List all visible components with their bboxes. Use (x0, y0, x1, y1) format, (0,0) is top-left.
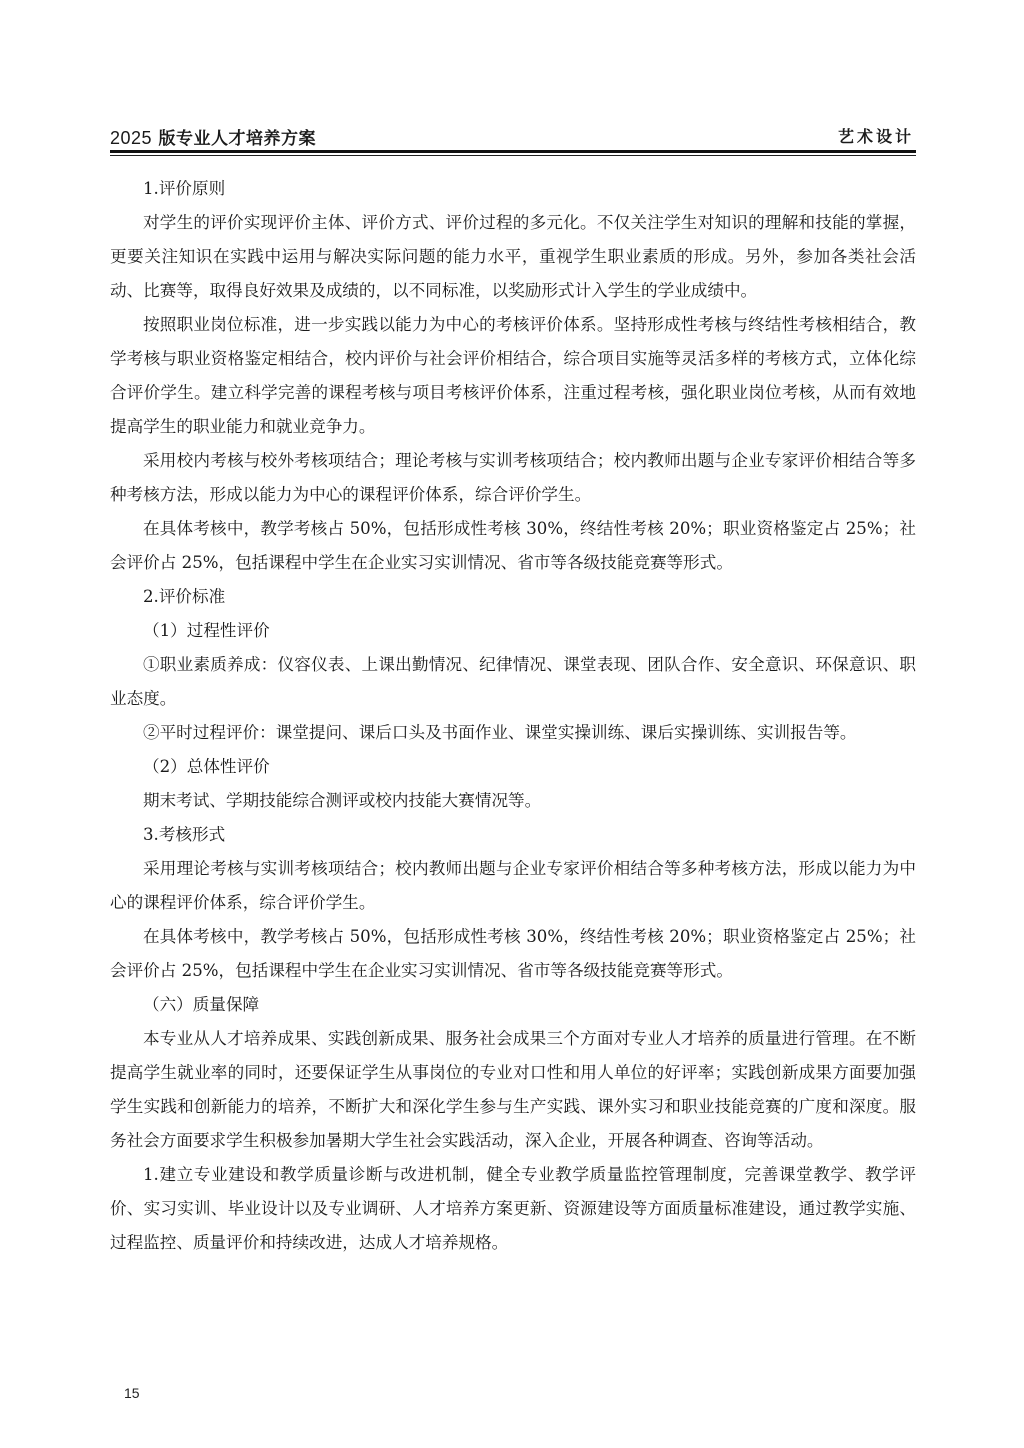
heading-eval-standard: 2.评价标准 (110, 580, 916, 614)
heading-quality: （六）质量保障 (110, 988, 916, 1022)
document-title: 2025 版专业人才培养方案 (110, 124, 316, 149)
document-year: 2025 (110, 128, 152, 148)
page-number: 15 (124, 1385, 140, 1401)
paragraph: 期末考试、学期技能综合测评或校内技能大赛情况等。 (110, 784, 916, 818)
paragraph: 在具体考核中，教学考核占 50%，包括形成性考核 30%，终结性考核 20%；职… (110, 920, 916, 988)
paragraph: ①职业素质养成：仪容仪表、上课出勤情况、纪律情况、课堂表现、团队合作、安全意识、… (110, 648, 916, 716)
paragraph: 本专业从人才培养成果、实践创新成果、服务社会成果三个方面对专业人才培养的质量进行… (110, 1022, 916, 1158)
paragraph: 采用校内考核与校外考核项结合；理论考核与实训考核项结合；校内教师出题与企业专家评… (110, 444, 916, 512)
page-header: 2025 版专业人才培养方案 艺术设计 (110, 124, 916, 148)
header-rule-thin (110, 155, 916, 156)
heading-exam-form: 3.考核形式 (110, 818, 916, 852)
heading-eval-principle: 1.评价原则 (110, 172, 916, 206)
paragraph: 采用理论考核与实训考核项结合；校内教师出题与企业专家评价相结合等多种考核方法，形… (110, 852, 916, 920)
paragraph: 按照职业岗位标准，进一步实践以能力为中心的考核评价体系。坚持形成性考核与终结性考… (110, 308, 916, 444)
document-body: 1.评价原则 对学生的评价实现评价主体、评价方式、评价过程的多元化。不仅关注学生… (110, 172, 916, 1260)
heading-process-eval: （1）过程性评价 (110, 614, 916, 648)
paragraph: 1.建立专业建设和教学质量诊断与改进机制，健全专业教学质量监控管理制度，完善课堂… (110, 1158, 916, 1260)
heading-summary-eval: （2）总体性评价 (110, 750, 916, 784)
paragraph: 在具体考核中，教学考核占 50%，包括形成性考核 30%，终结性考核 20%；职… (110, 512, 916, 580)
section-name: 艺术设计 (838, 124, 914, 147)
header-rule-thick (110, 150, 916, 153)
paragraph: ②平时过程评价：课堂提问、课后口头及书面作业、课堂实操训练、课后实操训练、实训报… (110, 716, 916, 750)
document-title-text: 版专业人才培养方案 (152, 129, 316, 149)
paragraph: 对学生的评价实现评价主体、评价方式、评价过程的多元化。不仅关注学生对知识的理解和… (110, 206, 916, 308)
